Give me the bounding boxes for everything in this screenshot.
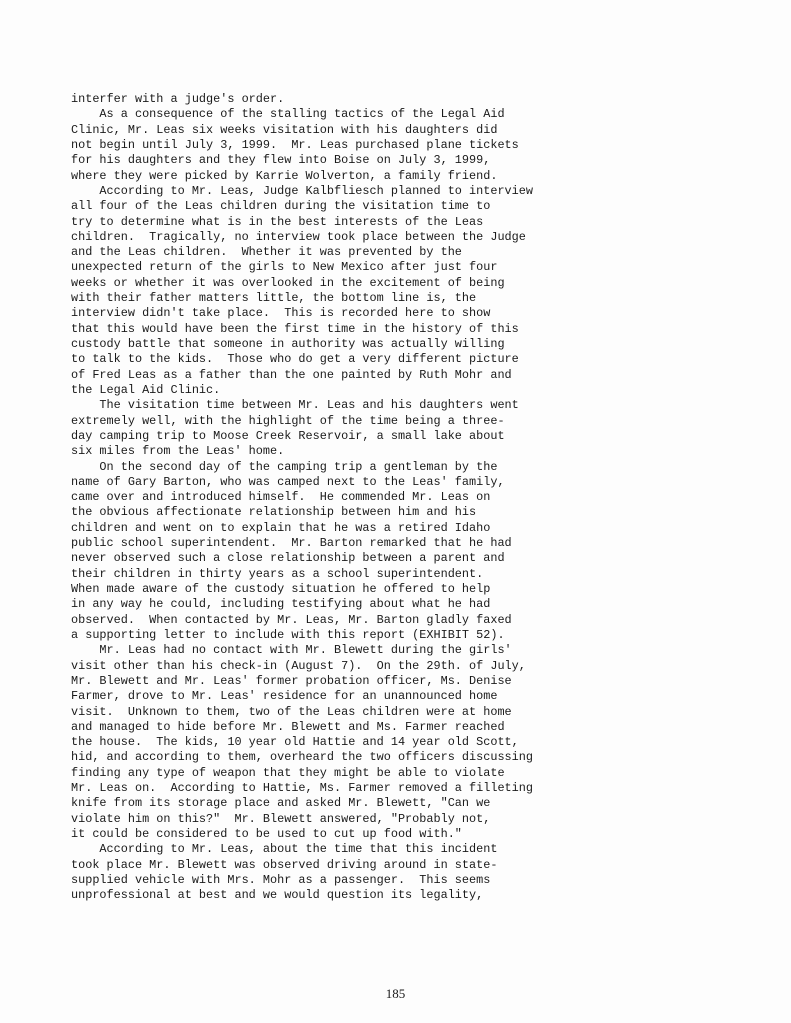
text-line: violate him on this?" Mr. Blewett answer… xyxy=(71,812,771,827)
text-line: On the second day of the camping trip a … xyxy=(71,460,771,475)
text-line: interview didn't take place. This is rec… xyxy=(71,306,771,321)
text-line: children and went on to explain that he … xyxy=(71,521,771,536)
text-line: with their father matters little, the bo… xyxy=(71,291,771,306)
text-line: When made aware of the custody situation… xyxy=(71,582,771,597)
text-line: that this would have been the first time… xyxy=(71,322,771,337)
text-line: public school superintendent. Mr. Barton… xyxy=(71,536,771,551)
text-line: Clinic, Mr. Leas six weeks visitation wi… xyxy=(71,123,771,138)
text-line: Mr. Blewett and Mr. Leas' former probati… xyxy=(71,674,771,689)
text-line: Mr. Leas had no contact with Mr. Blewett… xyxy=(71,643,771,658)
text-line: day camping trip to Moose Creek Reservoi… xyxy=(71,429,771,444)
text-line: the obvious affectionate relationship be… xyxy=(71,505,771,520)
body-text: interfer with a judge's order. As a cons… xyxy=(71,92,771,904)
text-line: As a consequence of the stalling tactics… xyxy=(71,107,771,122)
page-number: 185 xyxy=(0,986,791,1002)
text-line: knife from its storage place and asked M… xyxy=(71,796,771,811)
text-line: name of Gary Barton, who was camped next… xyxy=(71,475,771,490)
text-line: custody battle that someone in authority… xyxy=(71,337,771,352)
text-line: try to determine what is in the best int… xyxy=(71,215,771,230)
text-line: The visitation time between Mr. Leas and… xyxy=(71,398,771,413)
text-line: a supporting letter to include with this… xyxy=(71,628,771,643)
text-line: and the Leas children. Whether it was pr… xyxy=(71,245,771,260)
text-line: unexpected return of the girls to New Me… xyxy=(71,260,771,275)
text-line: extremely well, with the highlight of th… xyxy=(71,414,771,429)
text-line: the house. The kids, 10 year old Hattie … xyxy=(71,735,771,750)
text-line: their children in thirty years as a scho… xyxy=(71,567,771,582)
text-line: it could be considered to be used to cut… xyxy=(71,827,771,842)
text-line: and managed to hide before Mr. Blewett a… xyxy=(71,720,771,735)
text-line: six miles from the Leas' home. xyxy=(71,444,771,459)
text-line: Mr. Leas on. According to Hattie, Ms. Fa… xyxy=(71,781,771,796)
text-line: According to Mr. Leas, about the time th… xyxy=(71,842,771,857)
text-line: to talk to the kids. Those who do get a … xyxy=(71,352,771,367)
text-line: visit other than his check-in (August 7)… xyxy=(71,659,771,674)
text-line: not begin until July 3, 1999. Mr. Leas p… xyxy=(71,138,771,153)
text-line: came over and introduced himself. He com… xyxy=(71,490,771,505)
text-line: According to Mr. Leas, Judge Kalbfliesch… xyxy=(71,184,771,199)
text-line: all four of the Leas children during the… xyxy=(71,199,771,214)
text-line: took place Mr. Blewett was observed driv… xyxy=(71,858,771,873)
text-line: supplied vehicle with Mrs. Mohr as a pas… xyxy=(71,873,771,888)
text-line: weeks or whether it was overlooked in th… xyxy=(71,276,771,291)
text-line: children. Tragically, no interview took … xyxy=(71,230,771,245)
text-line: never observed such a close relationship… xyxy=(71,551,771,566)
text-line: for his daughters and they flew into Boi… xyxy=(71,153,771,168)
text-line: unprofessional at best and we would ques… xyxy=(71,888,771,903)
text-line: Farmer, drove to Mr. Leas' residence for… xyxy=(71,689,771,704)
text-line: where they were picked by Karrie Wolvert… xyxy=(71,169,771,184)
text-line: in any way he could, including testifyin… xyxy=(71,597,771,612)
document-page: interfer with a judge's order. As a cons… xyxy=(0,0,791,1023)
text-line: visit. Unknown to them, two of the Leas … xyxy=(71,705,771,720)
text-line: hid, and according to them, overheard th… xyxy=(71,750,771,765)
text-line: interfer with a judge's order. xyxy=(71,92,771,107)
text-line: finding any type of weapon that they mig… xyxy=(71,766,771,781)
text-line: observed. When contacted by Mr. Leas, Mr… xyxy=(71,613,771,628)
text-line: the Legal Aid Clinic. xyxy=(71,383,771,398)
text-line: of Fred Leas as a father than the one pa… xyxy=(71,368,771,383)
